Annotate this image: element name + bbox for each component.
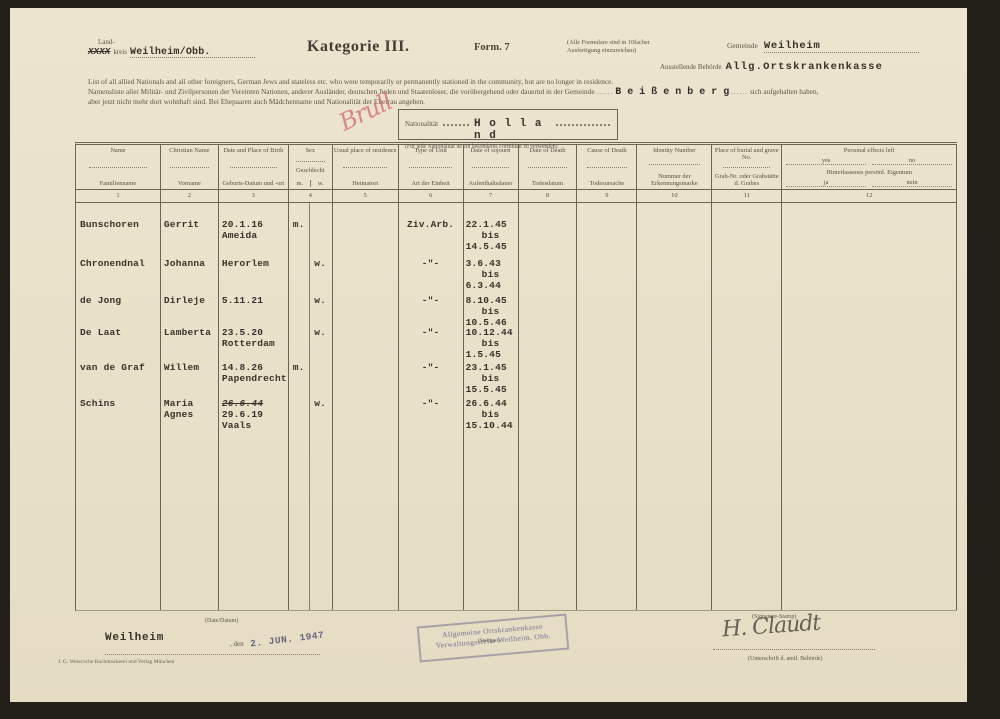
col-de: Geschlecht bbox=[296, 167, 324, 174]
scanned-form-page: Land- XXXX kreis Weilheim/Obb. Kategorie… bbox=[10, 8, 967, 702]
birth-line: Rotterdam bbox=[222, 339, 288, 350]
persons-table: Name Familienname Christian Name Vorname… bbox=[75, 142, 957, 611]
table-header: Name Familienname Christian Name Vorname… bbox=[76, 145, 957, 190]
birth-line: Herorlem bbox=[222, 259, 288, 270]
nationality-value: H o l l a n d bbox=[474, 118, 551, 142]
intro-line-en: List of all allied Nationals and all oth… bbox=[88, 77, 912, 87]
copies-note-line1: (Alle Formulare sind in 10facher bbox=[567, 39, 650, 47]
sex-m bbox=[289, 451, 310, 610]
birth-line: 5.11.21 bbox=[222, 296, 288, 307]
cell-birth: 20.1.16 Ameida bbox=[219, 203, 289, 259]
cell-effects bbox=[782, 399, 957, 451]
col-num: 5 bbox=[333, 190, 399, 202]
den-label: , den bbox=[230, 640, 244, 648]
cell-effects bbox=[782, 259, 957, 296]
cell-unit: -"- bbox=[399, 363, 464, 399]
kreis-label: kreis bbox=[113, 48, 127, 56]
cell-unit: Ziv.Arb. bbox=[399, 203, 464, 259]
col-num: 10 bbox=[637, 190, 712, 202]
empty-cell bbox=[161, 451, 219, 610]
cell-birth: 26.6.44 29.6.19 Vaals bbox=[219, 399, 289, 451]
col-de: Art der Einheit bbox=[411, 180, 449, 187]
sex-w: w. bbox=[310, 296, 331, 328]
col-header-death-date: Date of Death Todesdatum bbox=[519, 145, 578, 189]
cell-sex: m. bbox=[289, 203, 333, 259]
col-de: Aufenthaltsdauer bbox=[469, 180, 513, 187]
behoerde-field: Ausstellende Behörde Allg.Ortskrankenkas… bbox=[660, 61, 883, 73]
cell-burial bbox=[712, 259, 782, 296]
cell-birth: 5.11.21 bbox=[219, 296, 289, 328]
cell-residence bbox=[333, 203, 399, 259]
col-en: Identity Number bbox=[653, 147, 695, 154]
kreis-field: Land- XXXX kreis Weilheim/Obb. bbox=[88, 38, 255, 58]
cell-residence bbox=[333, 328, 399, 363]
cell-sojourn: 23.1.45 bis 15.5.45 bbox=[464, 363, 519, 399]
table-row: De Laat Lamberta 23.5.20 Rotterdam w. -"… bbox=[76, 328, 957, 363]
birth-line: 29.6.19 bbox=[222, 410, 288, 421]
dots: ....... bbox=[442, 113, 470, 131]
cell-sex: w. bbox=[289, 259, 333, 296]
sex-m: m. bbox=[289, 363, 310, 399]
cell-birth: 14.8.26 Papendrecht bbox=[219, 363, 289, 399]
sex-w: w. bbox=[310, 328, 331, 363]
cell-sojourn: 8.10.45 bis 10.5.46 bbox=[464, 296, 519, 328]
date-stamp: 2. JUN. 1947 bbox=[250, 630, 325, 650]
col-num: 2 bbox=[161, 190, 219, 202]
col-num: 11 bbox=[712, 190, 782, 202]
cell-unit: -"- bbox=[399, 296, 464, 328]
sex-m bbox=[289, 296, 310, 328]
col-de: Hinterlassenes persönl. Eigentum bbox=[826, 169, 912, 176]
table-row: Schins Maria Agnes 26.6.44 29.6.19 Vaals… bbox=[76, 399, 957, 451]
cell-identity bbox=[637, 363, 712, 399]
screenshot-root: { "header": { "land_label": "Land-", "st… bbox=[0, 0, 1000, 719]
cell-death-date bbox=[519, 363, 578, 399]
empty-cell bbox=[782, 451, 957, 610]
col-num: 7 bbox=[464, 190, 519, 202]
col-num: 9 bbox=[577, 190, 637, 202]
sex-w-label: w. bbox=[311, 180, 331, 187]
col-en: Cause of Death bbox=[587, 147, 626, 154]
cell-death-cause bbox=[577, 363, 637, 399]
cell-vorname: Johanna bbox=[161, 259, 219, 296]
empty-cell bbox=[219, 451, 289, 610]
cell-death-date bbox=[519, 328, 578, 363]
printer-imprint: J. G. Weiss'sche Buchdruckerei und Verla… bbox=[58, 659, 174, 665]
cell-unit: -"- bbox=[399, 328, 464, 363]
sojourn-to: 15.10.44 bbox=[464, 421, 518, 432]
cell-residence bbox=[333, 399, 399, 451]
col-num: 6 bbox=[399, 190, 464, 202]
intro-paragraph: List of all allied Nationals and all oth… bbox=[88, 77, 912, 107]
cell-sex: m. bbox=[289, 363, 333, 399]
empty-cell bbox=[76, 451, 161, 610]
birth-line: Vaals bbox=[222, 421, 288, 432]
cell-identity bbox=[637, 296, 712, 328]
cell-death-cause bbox=[577, 399, 637, 451]
nein-label: nein bbox=[872, 179, 952, 187]
sex-w bbox=[310, 203, 331, 259]
footer-place-typed: Weilheim bbox=[105, 632, 164, 644]
copies-note-line2: Ausfertigung einzureichen) bbox=[567, 47, 650, 55]
gemeinde-value: Weilheim bbox=[764, 40, 919, 53]
vorname-line: Agnes bbox=[164, 410, 218, 421]
sojourn-to: 6.3.44 bbox=[464, 281, 518, 292]
col-header-burial: Place of burial and grave No. Grab-Nr. o… bbox=[712, 145, 782, 189]
cell-death-cause bbox=[577, 296, 637, 328]
dots: ...... bbox=[731, 87, 748, 96]
cell-vorname: Maria Agnes bbox=[161, 399, 219, 451]
col-en: Usual place of residence bbox=[334, 147, 397, 154]
sojourn-bis: bis bbox=[464, 307, 518, 318]
table-row: de Jong Dirleje 5.11.21 w. -"- 8.10.45 b… bbox=[76, 296, 957, 328]
behoerde-label: Ausstellende Behörde bbox=[660, 63, 722, 71]
page-title: Kategorie III. bbox=[307, 38, 410, 56]
col-de: Grab-Nr. oder Grabstätte d. Grabes bbox=[713, 173, 780, 187]
col-header-sojourn: Date of sojourn Aufenthaltsdauer bbox=[464, 145, 519, 189]
col-header-sex: Sex Geschlecht m. w. bbox=[289, 145, 333, 189]
col-num: 3 bbox=[219, 190, 289, 202]
col-header-name: Name Familienname bbox=[76, 145, 161, 189]
col-en: Name bbox=[110, 147, 125, 154]
land-label: Land- bbox=[98, 38, 255, 46]
cell-name: van de Graf bbox=[76, 363, 161, 399]
sojourn-bis: bis bbox=[464, 339, 518, 350]
col-de: Nummer der Erkennungsmarke bbox=[638, 173, 710, 187]
sojourn-to: 1.5.45 bbox=[464, 350, 518, 361]
vorname-line: Willem bbox=[164, 363, 218, 374]
cell-unit: -"- bbox=[399, 399, 464, 451]
official-signature: H. Claudt bbox=[721, 611, 821, 643]
col-header-unit: Type of Unit Art der Einheit bbox=[399, 145, 464, 189]
col-num: 12 bbox=[782, 190, 957, 202]
sex-m bbox=[289, 399, 310, 451]
sex-m bbox=[289, 259, 310, 296]
col-en: Type of Unit bbox=[414, 147, 447, 154]
col-en: Personal effects left bbox=[844, 147, 895, 154]
sex-subheader: m. w. bbox=[290, 180, 331, 187]
empty-cell bbox=[289, 451, 333, 610]
gemeinde-typed-place: B e i ß e n b e r g bbox=[615, 87, 729, 98]
cell-name: Bunschoren bbox=[76, 203, 161, 259]
column-number-row: 1 2 3 4 5 6 7 8 9 10 11 12 bbox=[76, 190, 957, 203]
col-de: Todesursache bbox=[590, 180, 625, 187]
cell-effects bbox=[782, 328, 957, 363]
date-label: (Date/Datum) bbox=[205, 618, 238, 624]
intro-line-de-post: sich aufgehalten haben, bbox=[750, 87, 819, 96]
intro-line-de2: aber jetzt nicht mehr dort wohnhaft sind… bbox=[88, 97, 912, 107]
form-number: Form. 7 bbox=[474, 42, 510, 53]
cell-identity bbox=[637, 203, 712, 259]
cell-sex: w. bbox=[289, 328, 333, 363]
col-header-birth: Date and Place of Birth Geburts-Datum un… bbox=[219, 145, 289, 189]
cell-birth: Herorlem bbox=[219, 259, 289, 296]
empty-cell bbox=[464, 451, 519, 610]
ja-label: ja bbox=[786, 179, 866, 187]
cell-vorname: Dirleje bbox=[161, 296, 219, 328]
date-dotted-line bbox=[105, 653, 320, 655]
sex-m: m. bbox=[289, 203, 310, 259]
col-de: Familienname bbox=[100, 180, 137, 187]
col-de: Heimatort bbox=[352, 180, 378, 187]
cell-death-cause bbox=[577, 328, 637, 363]
cell-identity bbox=[637, 259, 712, 296]
col-en: Date and Place of Birth bbox=[223, 147, 283, 154]
nationality-label: Nationalität bbox=[405, 120, 438, 128]
table-row: Chronendnal Johanna Herorlem w. -"- 3.6.… bbox=[76, 259, 957, 296]
cell-vorname: Lamberta bbox=[161, 328, 219, 363]
cell-effects bbox=[782, 296, 957, 328]
col-de: Geburts-Datum und -ort bbox=[222, 180, 284, 187]
gemeinde-label: Gemeinde bbox=[727, 41, 758, 50]
unterschrift-label: (Unterschrift d. amtl. Behörde) bbox=[748, 656, 822, 662]
col-en: Christian Name bbox=[169, 147, 209, 154]
cell-sojourn: 10.12.44 bis 1.5.45 bbox=[464, 328, 519, 363]
gemeinde-field: Gemeinde Weilheim bbox=[727, 40, 919, 53]
sojourn-to: 15.5.45 bbox=[464, 385, 518, 396]
col-de: Vorname bbox=[178, 180, 201, 187]
cell-sojourn: 26.6.44 bis 15.10.44 bbox=[464, 399, 519, 451]
table-row: van de Graf Willem 14.8.26 Papendrecht m… bbox=[76, 363, 957, 399]
col-header-christian-name: Christian Name Vorname bbox=[161, 145, 219, 189]
cell-death-cause bbox=[577, 259, 637, 296]
cell-sex: w. bbox=[289, 399, 333, 451]
cell-burial bbox=[712, 328, 782, 363]
cell-residence bbox=[333, 363, 399, 399]
office-stamp: Allgemeine Ortskrankenkasse Verwaltungss… bbox=[417, 614, 570, 663]
signature-dotted-line bbox=[713, 648, 875, 650]
dots: ...... bbox=[596, 87, 613, 96]
table-empty-space bbox=[76, 451, 957, 610]
cell-death-date bbox=[519, 296, 578, 328]
cell-sojourn: 22.1.45 bis 14.5.45 bbox=[464, 203, 519, 259]
col-de: Todesdatum bbox=[532, 180, 563, 187]
sojourn-bis: bis bbox=[464, 374, 518, 385]
sex-w bbox=[310, 363, 331, 399]
cell-vorname: Willem bbox=[161, 363, 219, 399]
sojourn-to: 14.5.45 bbox=[464, 242, 518, 253]
cell-death-date bbox=[519, 203, 578, 259]
copies-note: (Alle Formulare sind in 10facher Ausfert… bbox=[567, 39, 650, 54]
sex-w bbox=[310, 451, 331, 610]
sojourn-bis: bis bbox=[464, 270, 518, 281]
cell-burial bbox=[712, 203, 782, 259]
cell-effects bbox=[782, 203, 957, 259]
empty-cell bbox=[637, 451, 712, 610]
sex-m-label: m. bbox=[290, 180, 311, 187]
sex-w: w. bbox=[310, 399, 331, 451]
effects-yes-no: yes no bbox=[783, 157, 955, 165]
kreis-value: Weilheim/Obb. bbox=[130, 49, 255, 58]
sojourn-bis: bis bbox=[464, 410, 518, 421]
col-header-death-cause: Cause of Death Todesursache bbox=[577, 145, 637, 189]
empty-cell bbox=[519, 451, 578, 610]
col-num: 1 bbox=[76, 190, 161, 202]
cell-burial bbox=[712, 363, 782, 399]
cell-burial bbox=[712, 296, 782, 328]
empty-cell bbox=[333, 451, 399, 610]
cell-name: Chronendnal bbox=[76, 259, 161, 296]
cell-death-date bbox=[519, 399, 578, 451]
sex-m bbox=[289, 328, 310, 363]
cell-unit: -"- bbox=[399, 259, 464, 296]
cell-death-cause bbox=[577, 203, 637, 259]
col-en: Date of sojourn bbox=[471, 147, 511, 154]
cell-name: Schins bbox=[76, 399, 161, 451]
struck-stadt: XXXX bbox=[88, 48, 110, 56]
no-label: no bbox=[872, 157, 952, 165]
cell-death-date bbox=[519, 259, 578, 296]
cell-birth: 23.5.20 Rotterdam bbox=[219, 328, 289, 363]
table-body: Bunschoren Gerrit 20.1.16 Ameida m. Ziv.… bbox=[76, 203, 957, 610]
cell-identity bbox=[637, 399, 712, 451]
effects-ja-nein: ja nein bbox=[783, 179, 955, 187]
cell-burial bbox=[712, 399, 782, 451]
vorname-line: Johanna bbox=[164, 259, 218, 270]
cell-residence bbox=[333, 296, 399, 328]
cell-effects bbox=[782, 363, 957, 399]
empty-cell bbox=[577, 451, 637, 610]
table-row: Bunschoren Gerrit 20.1.16 Ameida m. Ziv.… bbox=[76, 203, 957, 259]
cell-identity bbox=[637, 328, 712, 363]
col-num: 4 bbox=[289, 190, 333, 202]
cell-name: de Jong bbox=[76, 296, 161, 328]
birth-line: Ameida bbox=[222, 231, 288, 242]
birth-line: Papendrecht bbox=[222, 374, 288, 385]
cell-vorname: Gerrit bbox=[161, 203, 219, 259]
cell-name: De Laat bbox=[76, 328, 161, 363]
col-header-identity: Identity Number Nummer der Erkennungsmar… bbox=[637, 145, 712, 189]
col-en: Sex bbox=[305, 147, 315, 154]
vorname-line: Lamberta bbox=[164, 328, 218, 339]
col-header-effects: Personal effects left yes no Hinterlasse… bbox=[782, 145, 957, 189]
dots: .............. bbox=[555, 113, 611, 131]
col-header-residence: Usual place of residence Heimatort bbox=[333, 145, 399, 189]
vorname-line: Gerrit bbox=[164, 220, 218, 231]
cell-sojourn: 3.6.43 bis 6.3.44 bbox=[464, 259, 519, 296]
col-en: Place of burial and grave No. bbox=[713, 147, 780, 161]
col-num: 8 bbox=[519, 190, 578, 202]
cell-residence bbox=[333, 259, 399, 296]
empty-cell bbox=[712, 451, 782, 610]
cell-sex: w. bbox=[289, 296, 333, 328]
empty-cell bbox=[399, 451, 464, 610]
nationality-box: Nationalität ....... H o l l a n d .....… bbox=[398, 109, 618, 140]
sojourn-bis: bis bbox=[464, 231, 518, 242]
sex-w: w. bbox=[310, 259, 331, 296]
intro-line-de-pre: Namensliste aller Militär- und Zivilpers… bbox=[88, 87, 595, 96]
intro-line-de: Namensliste aller Militär- und Zivilpers… bbox=[88, 87, 912, 98]
vorname-line: Dirleje bbox=[164, 296, 218, 307]
col-en: Date of Death bbox=[530, 147, 566, 154]
behoerde-value: Allg.Ortskrankenkasse bbox=[726, 61, 884, 73]
yes-label: yes bbox=[786, 157, 866, 165]
